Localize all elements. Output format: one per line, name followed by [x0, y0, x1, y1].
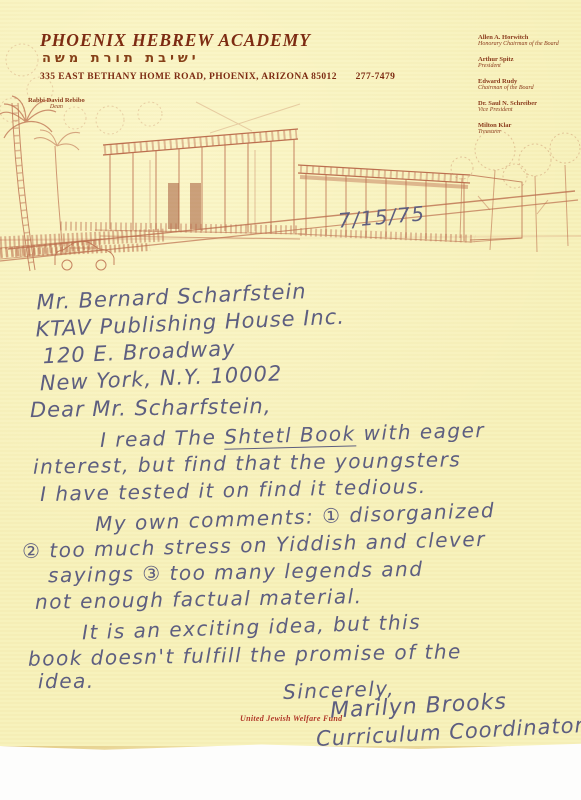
paper-bottom-edge [0, 746, 581, 750]
sketch-lines [196, 102, 300, 133]
body-line-8: It is an exciting idea, but this [82, 610, 422, 645]
body-line-10: idea. [38, 669, 95, 693]
letterhead-paper: PHOENIX HEBREW ACADEMY ישיבת תורת משה 33… [0, 0, 581, 752]
recipient-address: Mr. Bernard Scharfstein KTAV Publishing … [36, 277, 348, 398]
body-text: with eager [355, 418, 485, 445]
body-line-3: I have tested it on find it tedious. [40, 474, 427, 506]
scanned-letter: PHOENIX HEBREW ACADEMY ישיבת תורת משה 33… [0, 0, 581, 800]
body-text: I read The [100, 425, 225, 452]
doorway [168, 183, 179, 229]
doorway [190, 183, 201, 229]
book-title-underlined: Shtetl Book [224, 421, 356, 449]
campus-illustration [0, 0, 581, 293]
hedges [0, 226, 475, 253]
trees-right [451, 130, 580, 252]
salutation: Dear Mr. Scharfstein, [30, 394, 272, 422]
body-line-6: sayings ③ too many legends and [48, 557, 424, 588]
welfare-fund-print: United Jewish Welfare Fund [240, 714, 342, 723]
body-line-7: not enough factual material. [35, 584, 363, 614]
